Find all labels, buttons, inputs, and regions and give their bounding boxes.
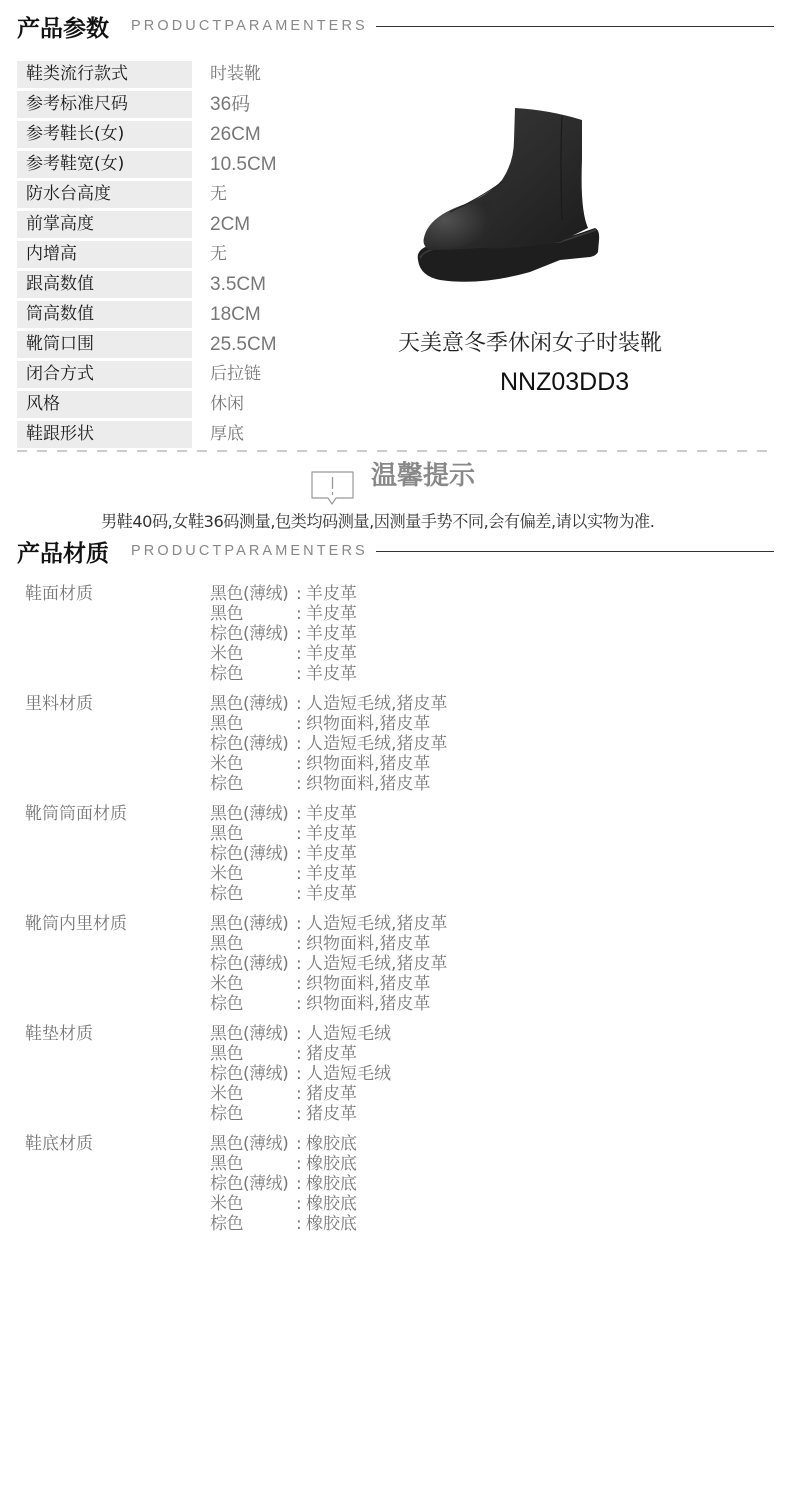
parameter-row: 跟高数值3.5CM <box>17 269 307 299</box>
material-line: 黑色(薄绒):羊皮革 <box>210 804 357 824</box>
material-separator: : <box>296 1194 306 1214</box>
parameters-table: 鞋类流行款式时装靴参考标准尺码36码参考鞋长(女)26CM参考鞋宽(女)10.5… <box>17 59 307 449</box>
material-group: 里料材质黑色(薄绒):人造短毛绒,猪皮革黑色:织物面料,猪皮革棕色(薄绒):人造… <box>25 694 725 794</box>
material-color: 棕色(薄绒) <box>210 734 296 754</box>
parameter-label: 闭合方式 <box>17 361 192 388</box>
material-value: 羊皮革 <box>306 584 357 604</box>
parameters-title: 产品参数 <box>17 10 109 43</box>
parameter-label: 防水台高度 <box>17 181 192 208</box>
material-color: 棕色 <box>210 884 296 904</box>
material-line: 棕色(薄绒):人造短毛绒,猪皮革 <box>210 734 447 754</box>
material-color: 米色 <box>210 1194 296 1214</box>
material-line: 黑色:橡胶底 <box>210 1154 357 1174</box>
material-value: 人造短毛绒,猪皮革 <box>306 954 447 974</box>
material-color: 棕色(薄绒) <box>210 954 296 974</box>
material-line: 棕色:橡胶底 <box>210 1214 357 1234</box>
parameter-row: 参考鞋长(女)26CM <box>17 119 307 149</box>
material-separator: : <box>296 974 306 994</box>
material-value: 猪皮革 <box>306 1084 357 1104</box>
materials-subtitle: PRODUCTPARAMENTERS <box>131 543 368 559</box>
material-lines: 黑色(薄绒):人造短毛绒黑色:猪皮革棕色(薄绒):人造短毛绒米色:猪皮革棕色:猪… <box>210 1024 391 1124</box>
material-group: 靴筒筒面材质黑色(薄绒):羊皮革黑色:羊皮革棕色(薄绒):羊皮革米色:羊皮革棕色… <box>25 804 725 904</box>
material-separator: : <box>296 824 306 844</box>
material-line: 棕色(薄绒):人造短毛绒 <box>210 1064 391 1084</box>
material-line: 棕色:织物面料,猪皮革 <box>210 774 447 794</box>
material-value: 羊皮革 <box>306 624 357 644</box>
material-line: 棕色(薄绒):人造短毛绒,猪皮革 <box>210 954 447 974</box>
parameter-value: 无 <box>210 181 227 208</box>
parameters-subtitle: PRODUCTPARAMENTERS <box>131 18 368 34</box>
material-value: 织物面料,猪皮革 <box>306 974 430 994</box>
material-color: 黑色 <box>210 824 296 844</box>
parameter-row: 风格休闲 <box>17 389 307 419</box>
material-line: 黑色:羊皮革 <box>210 824 357 844</box>
material-value: 织物面料,猪皮革 <box>306 934 430 954</box>
material-color: 黑色(薄绒) <box>210 584 296 604</box>
material-line: 米色:织物面料,猪皮革 <box>210 974 447 994</box>
material-value: 羊皮革 <box>306 864 357 884</box>
material-color: 黑色 <box>210 934 296 954</box>
material-line: 黑色:猪皮革 <box>210 1044 391 1064</box>
parameter-label: 内增高 <box>17 241 192 268</box>
product-name: 天美意冬季休闲女子时装靴 <box>398 326 698 357</box>
parameter-label: 风格 <box>17 391 192 418</box>
material-line: 米色:橡胶底 <box>210 1194 357 1214</box>
material-value: 猪皮革 <box>306 1104 357 1124</box>
material-value: 人造短毛绒,猪皮革 <box>306 914 447 934</box>
parameter-label: 跟高数值 <box>17 271 192 298</box>
material-name: 鞋垫材质 <box>25 1024 210 1124</box>
parameter-label: 参考鞋宽(女) <box>17 151 192 178</box>
material-value: 橡胶底 <box>306 1154 357 1174</box>
material-color: 黑色(薄绒) <box>210 914 296 934</box>
parameter-value: 后拉链 <box>210 361 261 388</box>
material-separator: : <box>296 1174 306 1194</box>
material-separator: : <box>296 844 306 864</box>
material-group: 靴筒内里材质黑色(薄绒):人造短毛绒,猪皮革黑色:织物面料,猪皮革棕色(薄绒):… <box>25 914 725 1014</box>
parameter-label: 前掌高度 <box>17 211 192 238</box>
material-value: 橡胶底 <box>306 1194 357 1214</box>
material-group: 鞋面材质黑色(薄绒):羊皮革黑色:羊皮革棕色(薄绒):羊皮革米色:羊皮革棕色:羊… <box>25 584 725 684</box>
material-separator: : <box>296 584 306 604</box>
material-line: 米色:猪皮革 <box>210 1084 391 1104</box>
material-separator: : <box>296 694 306 714</box>
parameter-value: 2CM <box>210 211 250 238</box>
material-value: 人造短毛绒,猪皮革 <box>306 694 447 714</box>
parameter-row: 防水台高度无 <box>17 179 307 209</box>
material-group: 鞋垫材质黑色(薄绒):人造短毛绒黑色:猪皮革棕色(薄绒):人造短毛绒米色:猪皮革… <box>25 1024 725 1124</box>
material-value: 橡胶底 <box>306 1174 357 1194</box>
material-separator: : <box>296 1084 306 1104</box>
material-line: 棕色:羊皮革 <box>210 664 357 684</box>
material-value: 织物面料,猪皮革 <box>306 774 430 794</box>
material-separator: : <box>296 1104 306 1124</box>
material-line: 黑色(薄绒):橡胶底 <box>210 1134 357 1154</box>
material-color: 黑色 <box>210 714 296 734</box>
material-separator: : <box>296 1044 306 1064</box>
material-separator: : <box>296 624 306 644</box>
material-lines: 黑色(薄绒):橡胶底黑色:橡胶底棕色(薄绒):橡胶底米色:橡胶底棕色:橡胶底 <box>210 1134 357 1234</box>
material-line: 黑色(薄绒):人造短毛绒 <box>210 1024 391 1044</box>
parameter-value: 25.5CM <box>210 331 277 358</box>
material-value: 人造短毛绒 <box>306 1064 391 1084</box>
parameter-label: 参考鞋长(女) <box>17 121 192 148</box>
materials-title: 产品材质 <box>17 535 109 568</box>
material-separator: : <box>296 1154 306 1174</box>
material-color: 棕色 <box>210 774 296 794</box>
material-separator: : <box>296 714 306 734</box>
parameter-label: 筒高数值 <box>17 301 192 328</box>
material-separator: : <box>296 934 306 954</box>
material-value: 羊皮革 <box>306 844 357 864</box>
material-value: 人造短毛绒,猪皮革 <box>306 734 447 754</box>
material-value: 织物面料,猪皮革 <box>306 994 430 1014</box>
parameter-value: 休闲 <box>210 391 244 418</box>
material-group: 鞋底材质黑色(薄绒):橡胶底黑色:橡胶底棕色(薄绒):橡胶底米色:橡胶底棕色:橡… <box>25 1134 725 1234</box>
parameter-row: 参考标准尺码36码 <box>17 89 307 119</box>
material-line: 黑色:羊皮革 <box>210 604 357 624</box>
material-color: 棕色(薄绒) <box>210 1064 296 1084</box>
material-color: 米色 <box>210 1084 296 1104</box>
material-separator: : <box>296 1214 306 1234</box>
parameter-value: 36码 <box>210 91 250 118</box>
material-separator: : <box>296 884 306 904</box>
material-lines: 黑色(薄绒):人造短毛绒,猪皮革黑色:织物面料,猪皮革棕色(薄绒):人造短毛绒,… <box>210 914 447 1014</box>
material-value: 羊皮革 <box>306 824 357 844</box>
parameter-label: 鞋类流行款式 <box>17 61 192 88</box>
material-line: 黑色(薄绒):人造短毛绒,猪皮革 <box>210 694 447 714</box>
exclamation-speech-bubble-icon <box>310 470 355 506</box>
material-value: 橡胶底 <box>306 1134 357 1154</box>
parameter-row: 靴筒口围25.5CM <box>17 329 307 359</box>
material-value: 羊皮革 <box>306 884 357 904</box>
material-color: 黑色 <box>210 1154 296 1174</box>
material-name: 靴筒筒面材质 <box>25 804 210 904</box>
material-color: 米色 <box>210 754 296 774</box>
parameter-value: 10.5CM <box>210 151 277 178</box>
material-line: 棕色:猪皮革 <box>210 1104 391 1124</box>
header-rule <box>376 551 774 552</box>
material-separator: : <box>296 734 306 754</box>
material-color: 棕色 <box>210 664 296 684</box>
material-separator: : <box>296 604 306 624</box>
parameter-value: 18CM <box>210 301 261 328</box>
material-value: 织物面料,猪皮革 <box>306 754 430 774</box>
material-separator: : <box>296 1064 306 1084</box>
material-color: 米色 <box>210 644 296 664</box>
material-value: 橡胶底 <box>306 1214 357 1234</box>
material-line: 米色:羊皮革 <box>210 864 357 884</box>
material-name: 靴筒内里材质 <box>25 914 210 1014</box>
material-name: 鞋面材质 <box>25 584 210 684</box>
notice-text: 男鞋40码,女鞋36码测量,包类均码测量,因测量手势不同,会有偏差,请以实物为准… <box>101 508 654 532</box>
material-separator: : <box>296 754 306 774</box>
material-name: 里料材质 <box>25 694 210 794</box>
material-separator: : <box>296 994 306 1014</box>
material-value: 羊皮革 <box>306 604 357 624</box>
material-line: 棕色(薄绒):羊皮革 <box>210 844 357 864</box>
parameters-section-header: 产品参数 PRODUCTPARAMENTERS <box>17 8 774 44</box>
material-separator: : <box>296 1024 306 1044</box>
material-color: 黑色(薄绒) <box>210 694 296 714</box>
material-color: 黑色 <box>210 1044 296 1064</box>
material-color: 棕色(薄绒) <box>210 844 296 864</box>
notice-title: 温馨提示 <box>371 455 475 492</box>
material-line: 米色:织物面料,猪皮革 <box>210 754 447 774</box>
materials-list: 鞋面材质黑色(薄绒):羊皮革黑色:羊皮革棕色(薄绒):羊皮革米色:羊皮革棕色:羊… <box>25 584 725 1244</box>
material-color: 棕色(薄绒) <box>210 624 296 644</box>
dashed-divider <box>17 450 769 452</box>
parameter-row: 闭合方式后拉链 <box>17 359 307 389</box>
parameter-row: 内增高无 <box>17 239 307 269</box>
material-line: 棕色(薄绒):橡胶底 <box>210 1174 357 1194</box>
parameter-label: 参考标准尺码 <box>17 91 192 118</box>
material-color: 棕色 <box>210 1214 296 1234</box>
material-color: 黑色(薄绒) <box>210 804 296 824</box>
material-name: 鞋底材质 <box>25 1134 210 1234</box>
material-line: 黑色(薄绒):人造短毛绒,猪皮革 <box>210 914 447 934</box>
material-value: 猪皮革 <box>306 1044 357 1064</box>
material-separator: : <box>296 954 306 974</box>
material-value: 羊皮革 <box>306 644 357 664</box>
material-color: 棕色 <box>210 994 296 1014</box>
material-color: 米色 <box>210 974 296 994</box>
parameter-value: 26CM <box>210 121 261 148</box>
material-color: 棕色 <box>210 1104 296 1124</box>
product-code: NNZ03DD3 <box>500 368 629 397</box>
material-separator: : <box>296 804 306 824</box>
material-value: 人造短毛绒 <box>306 1024 391 1044</box>
material-value: 织物面料,猪皮革 <box>306 714 430 734</box>
parameter-row: 前掌高度2CM <box>17 209 307 239</box>
header-rule <box>376 26 774 27</box>
material-line: 黑色(薄绒):羊皮革 <box>210 584 357 604</box>
material-separator: : <box>296 914 306 934</box>
material-separator: : <box>296 864 306 884</box>
material-lines: 黑色(薄绒):羊皮革黑色:羊皮革棕色(薄绒):羊皮革米色:羊皮革棕色:羊皮革 <box>210 584 357 684</box>
material-color: 黑色(薄绒) <box>210 1024 296 1044</box>
parameter-value: 3.5CM <box>210 271 266 298</box>
material-color: 米色 <box>210 864 296 884</box>
parameter-row: 鞋类流行款式时装靴 <box>17 59 307 89</box>
material-line: 棕色:织物面料,猪皮革 <box>210 994 447 1014</box>
material-value: 羊皮革 <box>306 664 357 684</box>
ankle-boot-image <box>410 100 610 290</box>
parameter-label: 靴筒口围 <box>17 331 192 358</box>
material-lines: 黑色(薄绒):羊皮革黑色:羊皮革棕色(薄绒):羊皮革米色:羊皮革棕色:羊皮革 <box>210 804 357 904</box>
material-line: 黑色:织物面料,猪皮革 <box>210 934 447 954</box>
parameter-row: 鞋跟形状厚底 <box>17 419 307 449</box>
material-separator: : <box>296 644 306 664</box>
material-separator: : <box>296 774 306 794</box>
parameter-label: 鞋跟形状 <box>17 421 192 448</box>
material-lines: 黑色(薄绒):人造短毛绒,猪皮革黑色:织物面料,猪皮革棕色(薄绒):人造短毛绒,… <box>210 694 447 794</box>
parameter-value: 时装靴 <box>210 61 261 88</box>
material-value: 羊皮革 <box>306 804 357 824</box>
materials-section-header: 产品材质 PRODUCTPARAMENTERS <box>17 533 774 569</box>
material-separator: : <box>296 1134 306 1154</box>
material-line: 棕色(薄绒):羊皮革 <box>210 624 357 644</box>
material-line: 黑色:织物面料,猪皮革 <box>210 714 447 734</box>
parameter-row: 筒高数值18CM <box>17 299 307 329</box>
parameter-value: 厚底 <box>210 421 244 448</box>
material-color: 黑色(薄绒) <box>210 1134 296 1154</box>
parameter-value: 无 <box>210 241 227 268</box>
material-line: 米色:羊皮革 <box>210 644 357 664</box>
parameter-row: 参考鞋宽(女)10.5CM <box>17 149 307 179</box>
material-color: 黑色 <box>210 604 296 624</box>
material-color: 棕色(薄绒) <box>210 1174 296 1194</box>
material-separator: : <box>296 664 306 684</box>
material-line: 棕色:羊皮革 <box>210 884 357 904</box>
